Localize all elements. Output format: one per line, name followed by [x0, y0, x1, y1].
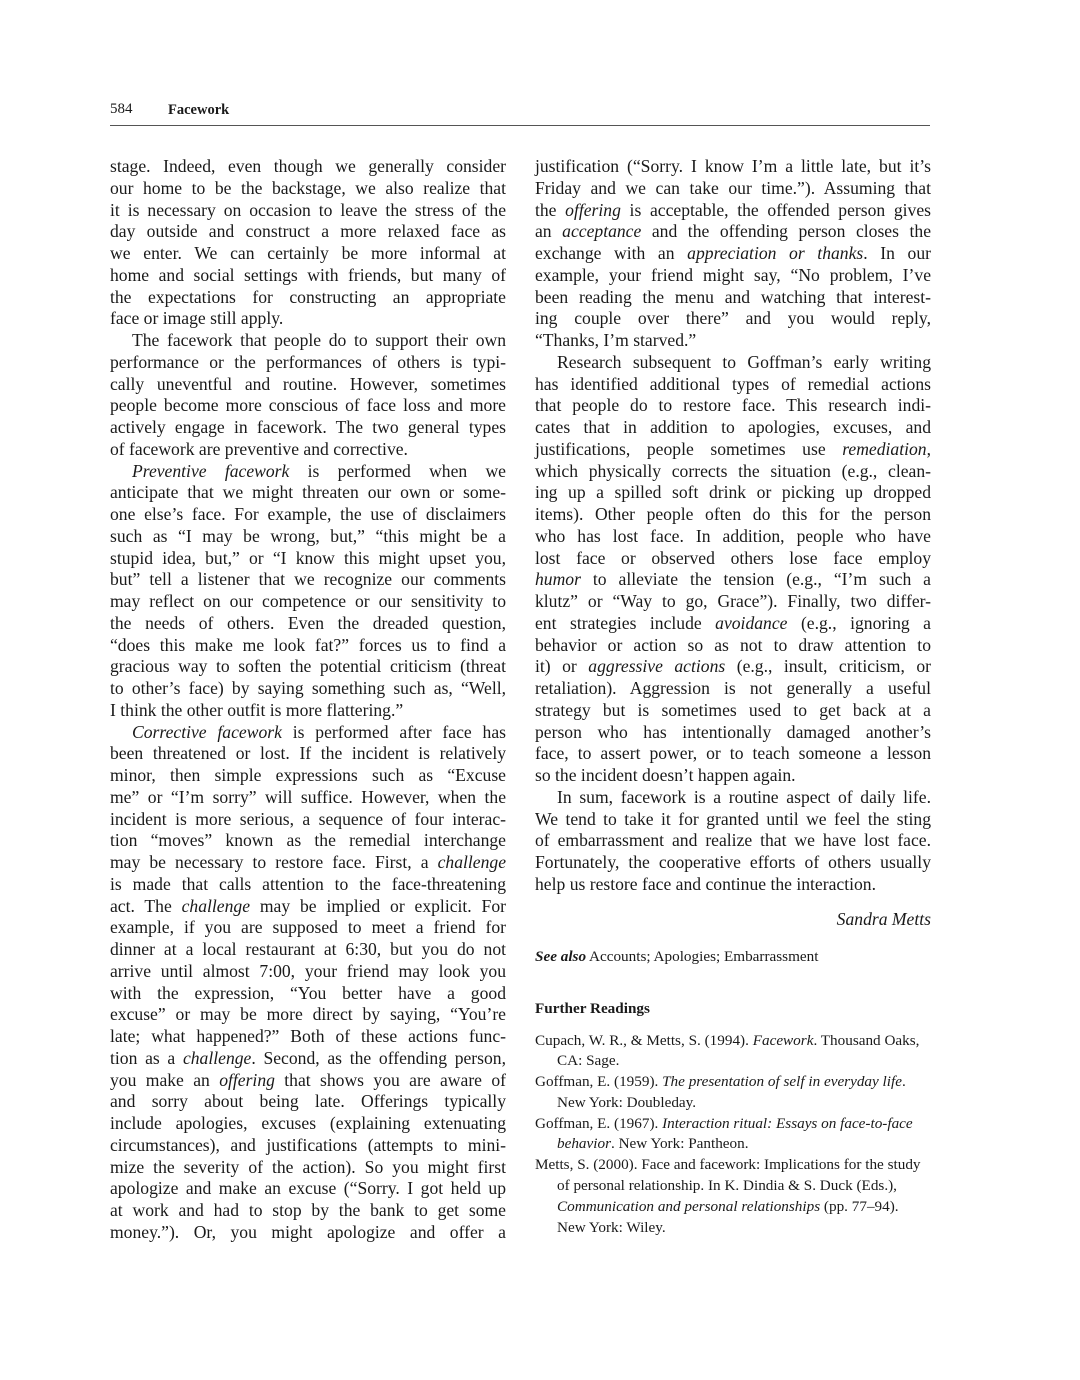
text-line: klutz” or “Way to go, Grace”). Finally, … — [535, 591, 931, 613]
text-line: one else’s face. For example, the use of… — [110, 504, 506, 526]
see-also-links: Accounts; Apologies; Embarrassment — [586, 948, 818, 965]
text-line: retaliation). Aggression is not generall… — [535, 678, 931, 700]
text-line: minor, then simple expressions such as “… — [110, 765, 506, 787]
reference-item: Goffman, E. (1967). Interaction ritual: … — [535, 1114, 931, 1156]
text-line: and sorry about being late. Offerings ty… — [110, 1091, 506, 1113]
text-line: the expectations for constructing an app… — [110, 287, 506, 309]
text-line: stage. Indeed, even though we generally … — [110, 156, 506, 178]
text-line: face, to assert power, or to teach someo… — [535, 743, 931, 765]
text-line: that people do to restore face. This res… — [535, 395, 931, 417]
text-line: Preventive facework is performed when we — [110, 461, 506, 483]
text-line: such as “I may be wrong, but,” “this mig… — [110, 526, 506, 548]
text-line: items). Other people often do this for t… — [535, 504, 931, 526]
reference-item: Cupach, W. R., & Metts, S. (1994). Facew… — [535, 1031, 931, 1073]
text-line: late; what happened?” Both of these acti… — [110, 1026, 506, 1048]
text-line: has identified additional types of remed… — [535, 374, 931, 396]
text-line: day outside and construct a more relaxed… — [110, 221, 506, 243]
text-line: We tend to take it for granted until we … — [535, 809, 931, 831]
text-line: me” or “I’m sorry” will suffice. However… — [110, 787, 506, 809]
text-line: stupid idea, but,” or “I know this might… — [110, 548, 506, 570]
text-line: you make an offering that shows you are … — [110, 1070, 506, 1092]
reference-title: Facework — [753, 1032, 814, 1049]
further-readings-heading: Further Readings — [535, 999, 931, 1019]
text-line: lost face or observed others lose face e… — [535, 548, 931, 570]
text-line: so the incident doesn’t happen again. — [535, 765, 931, 787]
text-line: behavior or action so as not to draw att… — [535, 635, 931, 657]
text-line: ing couple over there” and you would rep… — [535, 308, 931, 330]
text-line: excuse” or may be more direct by saying,… — [110, 1004, 506, 1026]
references-list: Cupach, W. R., & Metts, S. (1994). Facew… — [535, 1031, 931, 1239]
text-line: dinner at a local restaurant at 6:30, bu… — [110, 939, 506, 961]
text-line: home and social settings with friends, b… — [110, 265, 506, 287]
text-line: strategy but is sometimes used to get ba… — [535, 700, 931, 722]
text-line: Corrective facework is performed after f… — [110, 722, 506, 744]
text-line: tion as a challenge. Second, as the offe… — [110, 1048, 506, 1070]
text-line: apologize and make an excuse (“Sorry. I … — [110, 1178, 506, 1200]
text-line: example, your friend might say, “No prob… — [535, 265, 931, 287]
text-line: ent strategies include avoidance (e.g., … — [535, 613, 931, 635]
text-line: incident is more serious, a sequence of … — [110, 809, 506, 831]
text-line: Research subsequent to Goffman’s early w… — [535, 352, 931, 374]
text-line: is made that calls attention to the face… — [110, 874, 506, 896]
text-line: include apologies, excuses (explaining e… — [110, 1113, 506, 1135]
text-line: “does this make me look fat?” forces us … — [110, 635, 506, 657]
see-also-label: See also — [535, 948, 586, 965]
text-line: mize the severity of the action). So you… — [110, 1157, 506, 1179]
text-line: the needs of others. Even the dreaded qu… — [110, 613, 506, 635]
text-line: In sum, facework is a routine aspect of … — [535, 787, 931, 809]
text-line: been threatened or lost. If the incident… — [110, 743, 506, 765]
text-line: Fortunately, the cooperative efforts of … — [535, 852, 931, 874]
text-line: an acceptance and the offending person c… — [535, 221, 931, 243]
text-line: Friday and we can take our time.”). Assu… — [535, 178, 931, 200]
text-line: it) or aggressive actions (e.g., insult,… — [535, 656, 931, 678]
text-line: “Thanks, I’m starved.” — [535, 330, 931, 352]
text-line: of embarrassment and realize that we hav… — [535, 830, 931, 852]
text-line: justifications, people sometimes use rem… — [535, 439, 931, 461]
text-line: face or image still apply. — [110, 308, 506, 330]
reference-title: Communication and personal relationships — [557, 1198, 820, 1215]
text-line: anticipate that we might threaten our ow… — [110, 482, 506, 504]
text-line: may reflect on our competence or our sen… — [110, 591, 506, 613]
text-line: it is necessary on occasion to leave the… — [110, 200, 506, 222]
text-line: but” tell a listener that we recognize o… — [110, 569, 506, 591]
right-column: justification (“Sorry. I know I’m a litt… — [535, 156, 931, 1238]
text-line: at work and had to stop by the bank to g… — [110, 1200, 506, 1222]
text-line: which physically corrects the situation … — [535, 461, 931, 483]
text-line: The facework that people do to support t… — [110, 330, 506, 352]
left-column: stage. Indeed, even though we generally … — [110, 156, 506, 1244]
text-line: justification (“Sorry. I know I’m a litt… — [535, 156, 931, 178]
text-line: cates that in addition to apologies, exc… — [535, 417, 931, 439]
reference-title: The presentation of self in everyday lif… — [662, 1073, 902, 1090]
text-line: to other’s face) by saying something suc… — [110, 678, 506, 700]
text-line: help us restore face and continue the in… — [535, 874, 931, 896]
reference-item: Metts, S. (2000). Face and facework: Imp… — [535, 1155, 931, 1238]
running-title: Facework — [168, 102, 229, 119]
text-line: humor to alleviate the tension (e.g., “I… — [535, 569, 931, 591]
text-line: person who has intentionally damaged ano… — [535, 722, 931, 744]
text-line: with the expression, “You better have a … — [110, 983, 506, 1005]
text-line: of facework are preventive and correctiv… — [110, 439, 506, 461]
text-line: we enter. We can certainly be more infor… — [110, 243, 506, 265]
text-line: actively engage in facework. The two gen… — [110, 417, 506, 439]
text-line: exchange with an appreciation or thanks.… — [535, 243, 931, 265]
text-line: gracious way to soften the potential cri… — [110, 656, 506, 678]
text-line: been reading the menu and watching that … — [535, 287, 931, 309]
page-number: 584 — [110, 101, 133, 118]
text-line: act. The challenge may be implied or exp… — [110, 896, 506, 918]
text-line: cally uneventful and routine. However, s… — [110, 374, 506, 396]
text-line: arrive until almost 7:00, your friend ma… — [110, 961, 506, 983]
text-line: tion “moves” known as the remedial inter… — [110, 830, 506, 852]
text-line: may be necessary to restore face. First,… — [110, 852, 506, 874]
text-line: example, if you are supposed to meet a f… — [110, 917, 506, 939]
text-line: money.”). Or, you might apologize and of… — [110, 1222, 506, 1244]
text-line: who has lost face. In addition, people w… — [535, 526, 931, 548]
author-signature: Sandra Metts — [535, 909, 931, 931]
see-also: See also Accounts; Apologies; Embarrassm… — [535, 947, 931, 967]
page-header: 584 Facework — [110, 101, 930, 126]
text-line: circumstances), and justifications (atte… — [110, 1135, 506, 1157]
reference-item: Goffman, E. (1959). The presentation of … — [535, 1072, 931, 1114]
right-column-body: justification (“Sorry. I know I’m a litt… — [535, 156, 931, 896]
text-line: performance or the performances of other… — [110, 352, 506, 374]
text-line: ing up a spilled soft drink or picking u… — [535, 482, 931, 504]
text-line: people become more conscious of face los… — [110, 395, 506, 417]
text-line: the offering is acceptable, the offended… — [535, 200, 931, 222]
text-line: our home to be the backstage, we also re… — [110, 178, 506, 200]
text-line: I think the other outfit is more flatter… — [110, 700, 506, 722]
